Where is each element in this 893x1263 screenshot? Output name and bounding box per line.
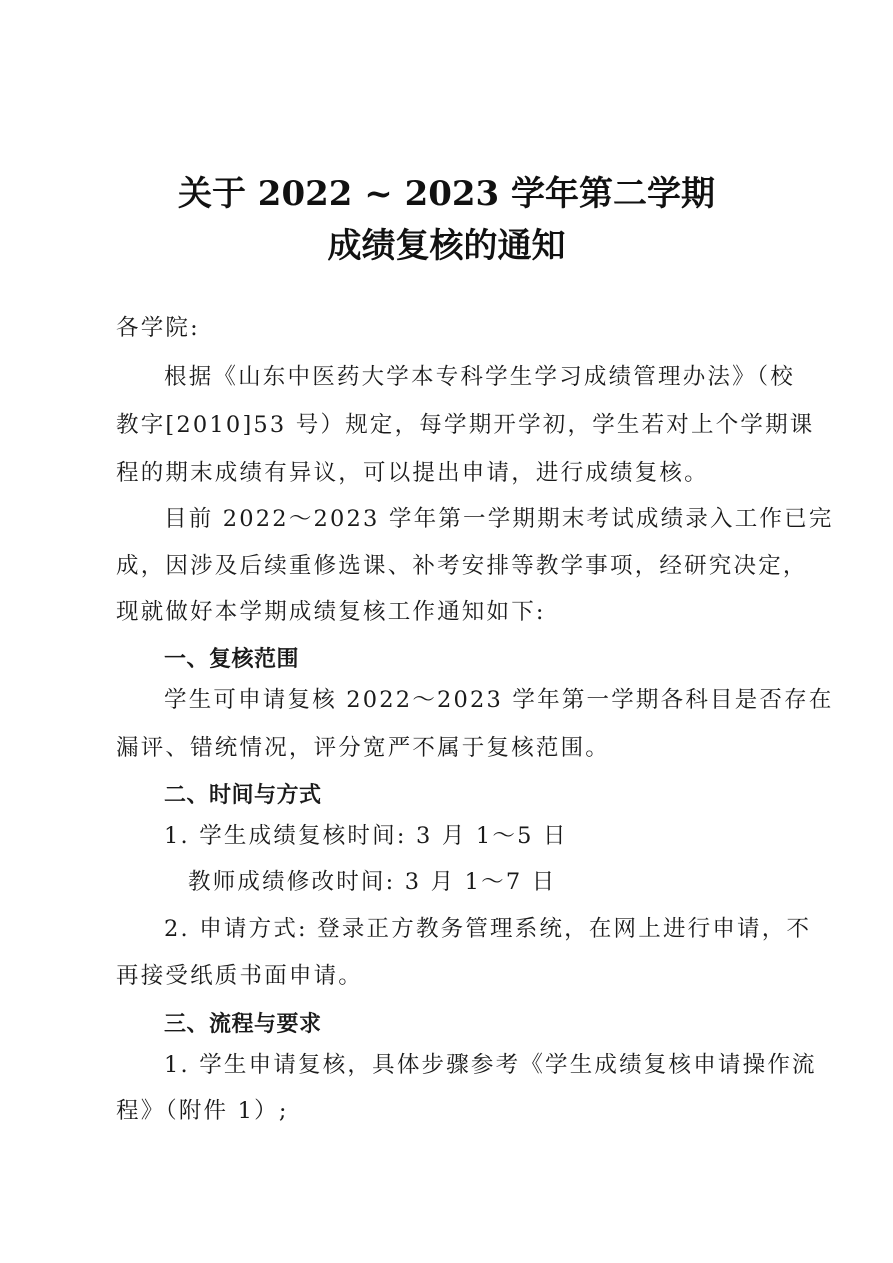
paragraph-2-line-3: 现就做好本学期成绩复核工作通知如下: [116, 597, 780, 627]
notice-title-line2: 成绩复核的通知 [0, 218, 893, 267]
paragraph-1-line-2: 教字[2010]53 号）规定，每学期开学初，学生若对上个学期课 [116, 410, 780, 440]
salutation: 各学院: [116, 313, 780, 343]
section-3-heading: 三、流程与要求 [164, 1010, 828, 1040]
section-2-item-2-line-2: 再接受纸质书面申请。 [116, 961, 780, 991]
section-2-item-2-line-1: 2. 申请方式: 登录正方教务管理系统，在网上进行申请，不 [164, 914, 780, 944]
section-1-line-2: 漏评、错统情况，评分宽严不属于复核范围。 [116, 733, 780, 763]
section-3-item-1-line-1: 1. 学生申请复核，具体步骤参考《学生成绩复核申请操作流 [164, 1050, 780, 1080]
section-2-heading: 二、时间与方式 [164, 781, 828, 811]
paragraph-2-line-2: 成，因涉及后续重修选课、补考安排等教学事项，经研究决定， [116, 551, 780, 581]
notice-title-line1: 关于 2022 ~ 2023 学年第二学期 [0, 166, 893, 215]
section-1-line-1: 学生可申请复核 2022～2023 学年第一学期各科目是否存在 [164, 685, 780, 715]
document-page: 关于 2022 ~ 2023 学年第二学期 成绩复核的通知 各学院: 根据《山东… [0, 0, 893, 1263]
section-2-item-1b: 教师成绩修改时间: 3 月 1～7 日 [188, 867, 852, 897]
paragraph-1-line-1: 根据《山东中医药大学本专科学生学习成绩管理办法》（校 [164, 362, 780, 392]
paragraph-2-line-1: 目前 2022～2023 学年第一学期期末考试成绩录入工作已完 [164, 504, 780, 534]
paragraph-1-line-3: 程的期末成绩有异议，可以提出申请，进行成绩复核。 [116, 458, 780, 488]
section-3-item-1-line-2: 程》（附件 1）; [116, 1096, 780, 1126]
section-2-item-1: 1. 学生成绩复核时间: 3 月 1～5 日 [164, 821, 828, 851]
section-1-heading: 一、复核范围 [164, 645, 828, 675]
